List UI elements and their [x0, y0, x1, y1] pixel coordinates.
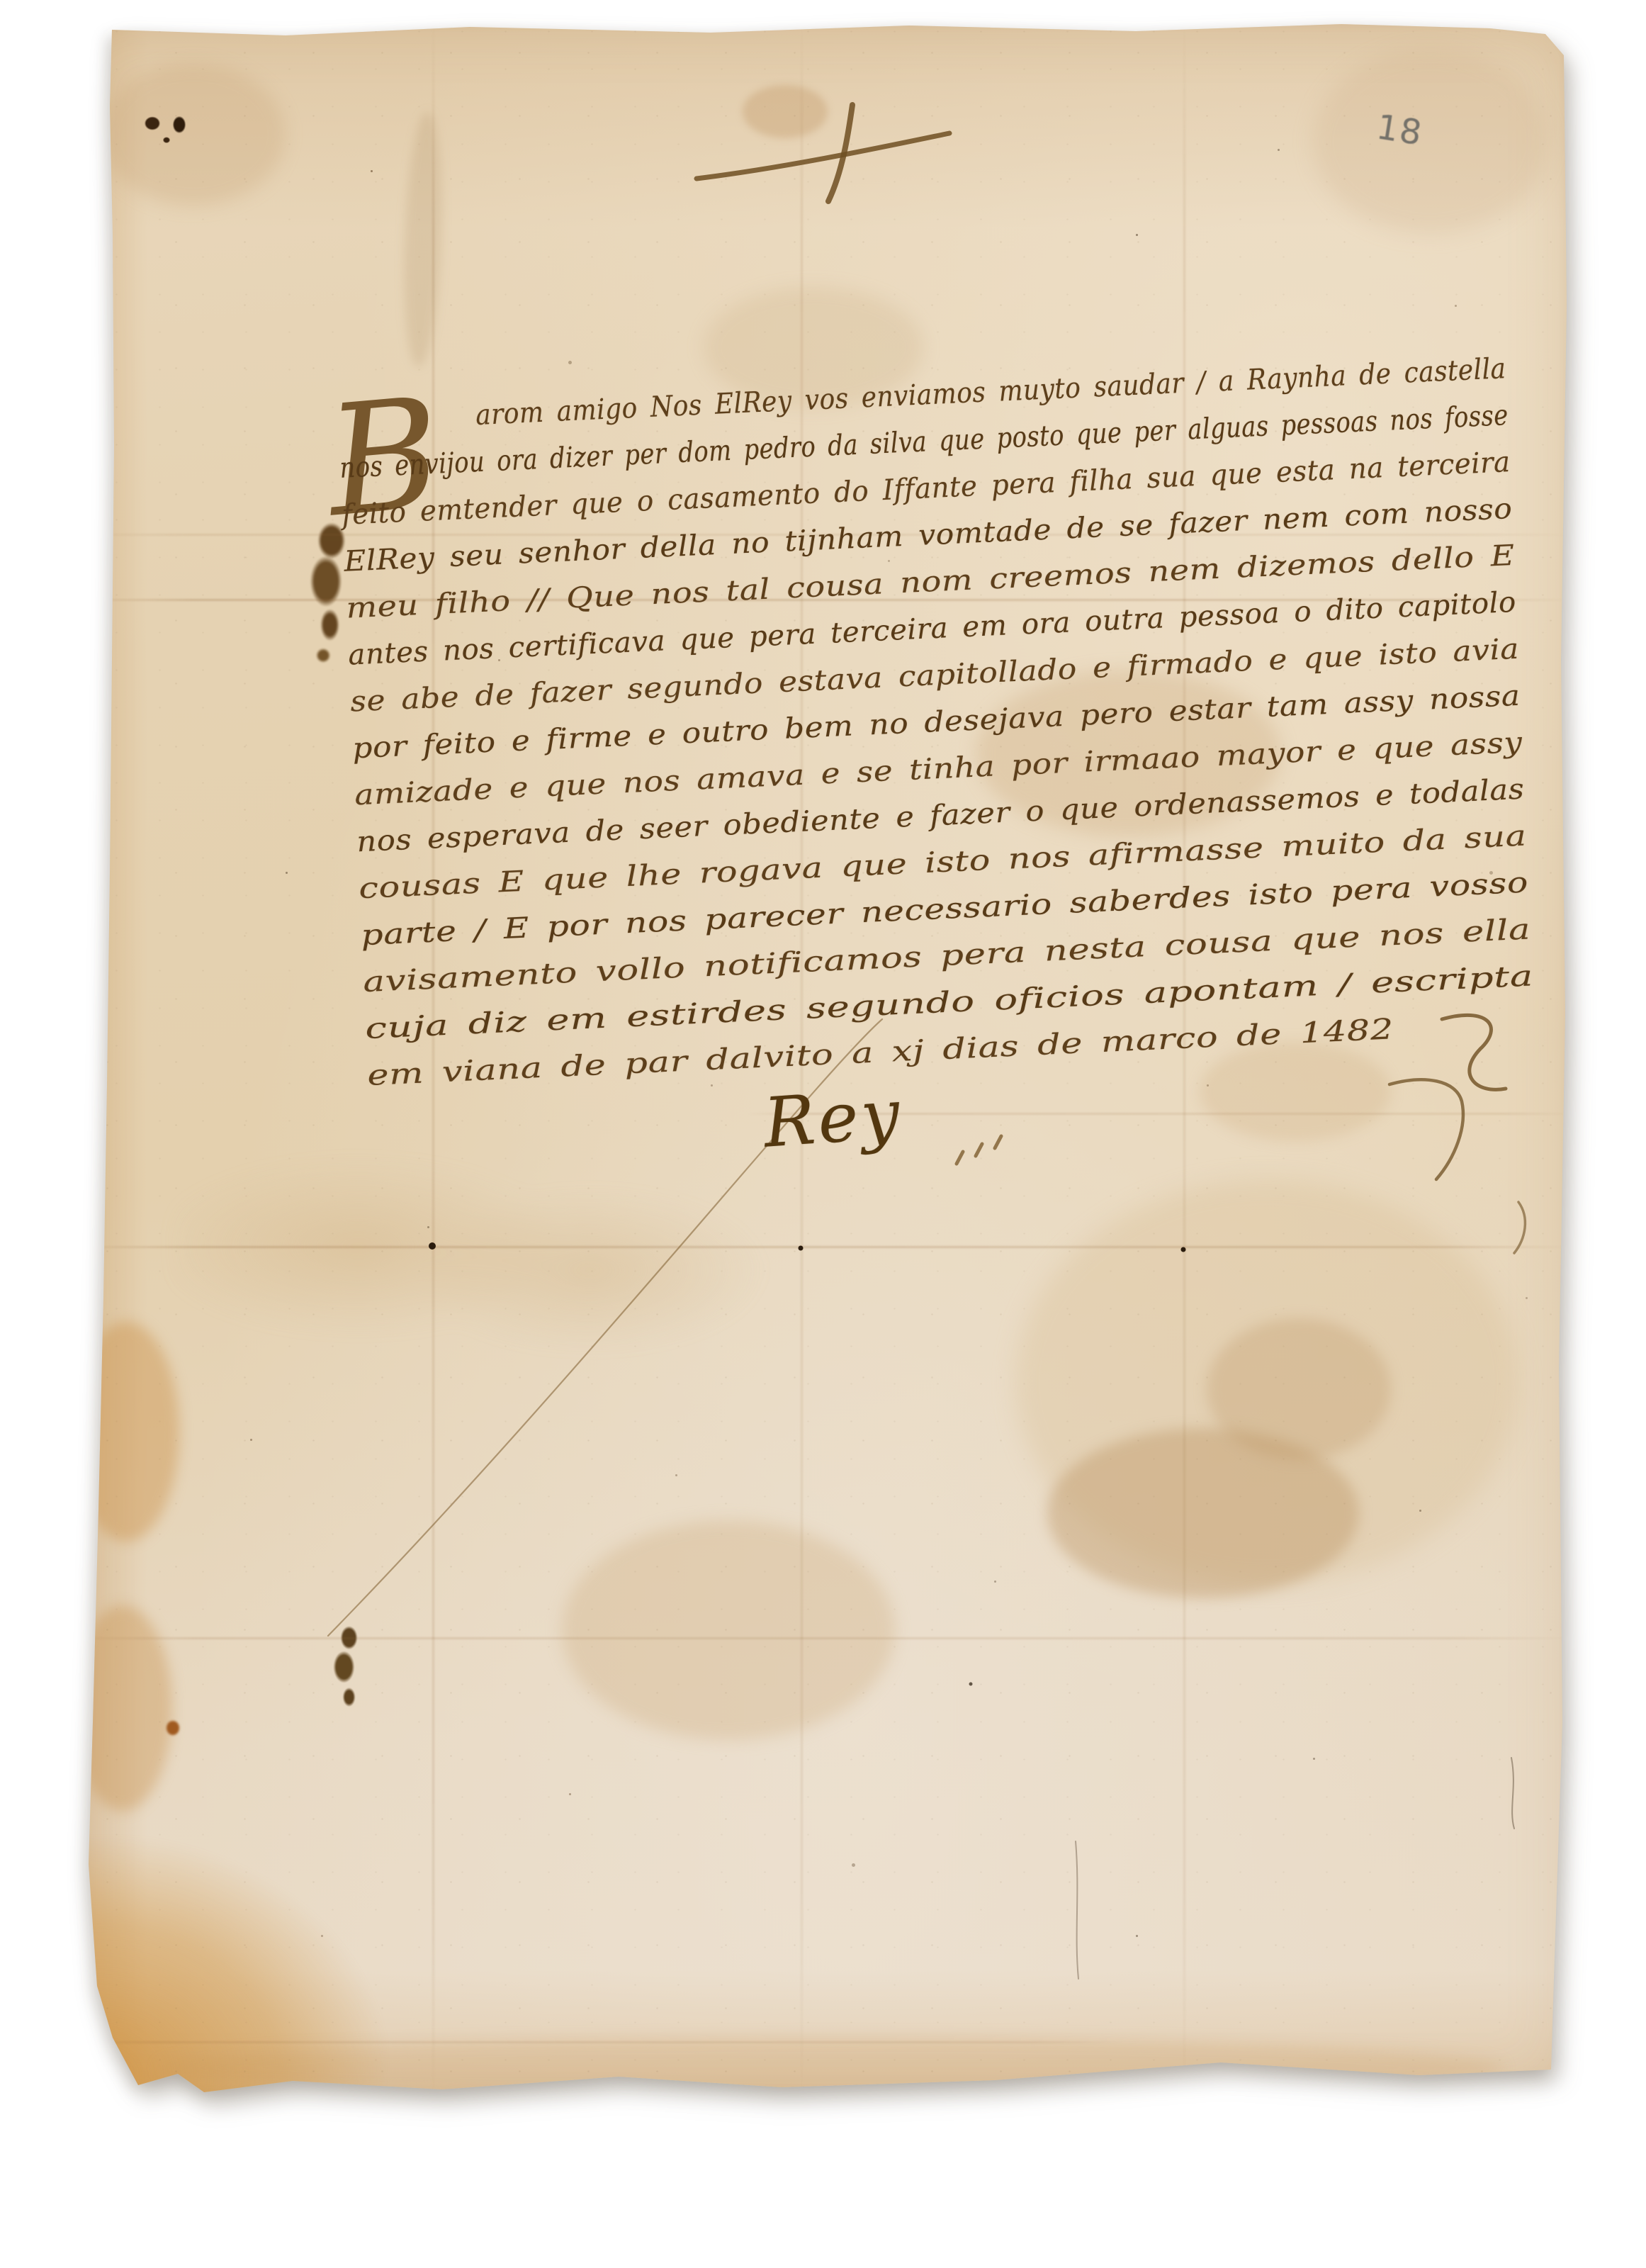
water-stain-lower-right-2 — [1207, 1318, 1391, 1460]
edge-stain-bottom — [158, 2038, 1504, 2098]
stain-vertical-streak — [400, 111, 446, 368]
archival-number: 18 — [1374, 107, 1426, 153]
edge-stain-left-2 — [73, 1605, 172, 1811]
fold-crease-horizontal-5 — [73, 1637, 1569, 1639]
royal-signature: Rey — [761, 1074, 905, 1162]
secretary-mark — [1389, 1079, 1525, 1253]
ink-specks — [73, 21, 75, 23]
stain-top-center — [743, 85, 828, 138]
edge-stain-left-1 — [73, 1322, 179, 1542]
fold-crease-horizontal-6 — [73, 2041, 1120, 2043]
letter-body: arom amigo Nos ElRey vos enviamos muyto … — [337, 342, 1600, 1099]
ink-blot-lower-left — [321, 1624, 372, 1713]
stain-bottom-left-corner — [73, 1839, 385, 2098]
water-stain-middle-right — [1015, 1180, 1518, 1584]
fold-crease-horizontal-4 — [73, 1246, 1569, 1248]
water-stain-middle-left — [176, 1138, 785, 1379]
water-stain-lower-center — [562, 1520, 895, 1740]
stain-top-left-corner — [101, 64, 286, 206]
surface-scratches — [1076, 1758, 1514, 1979]
invocation-cross-mark — [697, 105, 949, 201]
rust-spot — [167, 1721, 179, 1735]
manuscript-page: B arom amigo Nos ElRey vos enviamos muyt… — [73, 21, 1569, 2094]
stain-top-right-corner — [1313, 50, 1547, 234]
water-stain-lower-right — [1047, 1428, 1359, 1598]
crease-intersection-dots — [429, 1242, 1186, 1686]
scan-backdrop: B arom amigo Nos ElRey vos enviamos muyt… — [0, 0, 1646, 2268]
ink-blots-top-left — [135, 105, 206, 149]
